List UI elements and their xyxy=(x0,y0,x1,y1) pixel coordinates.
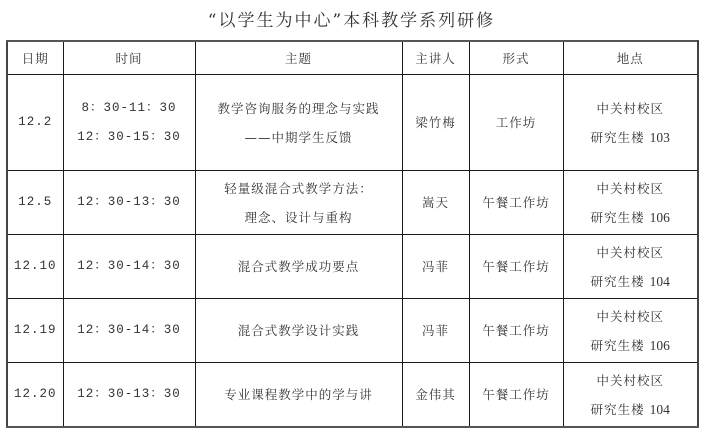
venue-campus: 中关村校区 xyxy=(564,94,698,123)
header-topic: 主题 xyxy=(195,41,402,75)
venue-room: 研究生楼 106 xyxy=(564,203,698,232)
topic-line: 轻量级混合式教学方法： xyxy=(196,174,402,203)
venue-room-number: 103 xyxy=(650,130,670,145)
table-row: 12.2 8：30-11：30 12：30-15：30 教学咨询服务的理念与实践… xyxy=(7,75,698,171)
time-slot: 12：30-14：30 xyxy=(64,316,195,345)
cell-format: 午餐工作坊 xyxy=(469,363,563,428)
time-slot: 8：30-11：30 xyxy=(64,94,195,123)
table-row: 12.20 12：30-13：30 专业课程教学中的学与讲 金伟其 午餐工作坊 … xyxy=(7,363,698,428)
cell-time: 12：30-14：30 xyxy=(63,235,195,299)
cell-format: 午餐工作坊 xyxy=(469,299,563,363)
cell-speaker: 嵩天 xyxy=(402,171,469,235)
venue-room: 研究生楼 103 xyxy=(564,123,698,152)
time-slot: 12：30-13：30 xyxy=(64,380,195,409)
cell-topic: 教学咨询服务的理念与实践 ——中期学生反馈 xyxy=(195,75,402,171)
cell-venue: 中关村校区 研究生楼 104 xyxy=(563,363,698,428)
venue-room-number: 104 xyxy=(650,402,670,417)
cell-speaker: 冯菲 xyxy=(402,235,469,299)
cell-date: 12.20 xyxy=(7,363,63,428)
cell-venue: 中关村校区 研究生楼 103 xyxy=(563,75,698,171)
venue-building: 研究生楼 xyxy=(591,210,645,225)
header-time: 时间 xyxy=(63,41,195,75)
venue-building: 研究生楼 xyxy=(591,402,645,417)
header-date: 日期 xyxy=(7,41,63,75)
time-slot: 12：30-15：30 xyxy=(64,123,195,152)
header-format: 形式 xyxy=(469,41,563,75)
topic-line: 教学咨询服务的理念与实践 xyxy=(196,94,402,123)
topic-line: 混合式教学设计实践 xyxy=(196,316,402,345)
cell-topic: 专业课程教学中的学与讲 xyxy=(195,363,402,428)
venue-campus: 中关村校区 xyxy=(564,174,698,203)
cell-time: 12：30-13：30 xyxy=(63,171,195,235)
cell-time: 12：30-14：30 xyxy=(63,299,195,363)
venue-room-number: 106 xyxy=(650,210,670,225)
cell-date: 12.5 xyxy=(7,171,63,235)
venue-room: 研究生楼 104 xyxy=(564,395,698,424)
venue-room-number: 104 xyxy=(650,274,670,289)
topic-line: 混合式教学成功要点 xyxy=(196,252,402,281)
venue-campus: 中关村校区 xyxy=(564,366,698,395)
topic-line: 理念、设计与重构 xyxy=(196,203,402,232)
topic-line: ——中期学生反馈 xyxy=(196,123,402,152)
cell-format: 工作坊 xyxy=(469,75,563,171)
venue-building: 研究生楼 xyxy=(591,130,645,145)
cell-speaker: 冯菲 xyxy=(402,299,469,363)
schedule-table: 日期 时间 主题 主讲人 形式 地点 12.2 8：30-11：30 12：30… xyxy=(6,40,699,428)
venue-room-number: 106 xyxy=(650,338,670,353)
cell-topic: 轻量级混合式教学方法： 理念、设计与重构 xyxy=(195,171,402,235)
cell-time: 8：30-11：30 12：30-15：30 xyxy=(63,75,195,171)
header-speaker: 主讲人 xyxy=(402,41,469,75)
venue-room: 研究生楼 106 xyxy=(564,331,698,360)
time-slot: 12：30-14：30 xyxy=(64,252,195,281)
table-row: 12.19 12：30-14：30 混合式教学设计实践 冯菲 午餐工作坊 中关村… xyxy=(7,299,698,363)
cell-topic: 混合式教学成功要点 xyxy=(195,235,402,299)
time-slot: 12：30-13：30 xyxy=(64,188,195,217)
cell-speaker: 金伟其 xyxy=(402,363,469,428)
cell-date: 12.2 xyxy=(7,75,63,171)
cell-venue: 中关村校区 研究生楼 106 xyxy=(563,171,698,235)
cell-date: 12.19 xyxy=(7,299,63,363)
venue-campus: 中关村校区 xyxy=(564,302,698,331)
cell-time: 12：30-13：30 xyxy=(63,363,195,428)
cell-venue: 中关村校区 研究生楼 106 xyxy=(563,299,698,363)
venue-building: 研究生楼 xyxy=(591,274,645,289)
table-header-row: 日期 时间 主题 主讲人 形式 地点 xyxy=(7,41,698,75)
cell-venue: 中关村校区 研究生楼 104 xyxy=(563,235,698,299)
document-title: “以学生为中心”本科教学系列研修 xyxy=(0,6,703,31)
table-row: 12.5 12：30-13：30 轻量级混合式教学方法： 理念、设计与重构 嵩天… xyxy=(7,171,698,235)
venue-campus: 中关村校区 xyxy=(564,238,698,267)
cell-date: 12.10 xyxy=(7,235,63,299)
cell-format: 午餐工作坊 xyxy=(469,171,563,235)
header-venue: 地点 xyxy=(563,41,698,75)
venue-building: 研究生楼 xyxy=(591,338,645,353)
cell-format: 午餐工作坊 xyxy=(469,235,563,299)
table-row: 12.10 12：30-14：30 混合式教学成功要点 冯菲 午餐工作坊 中关村… xyxy=(7,235,698,299)
topic-line: 专业课程教学中的学与讲 xyxy=(196,380,402,409)
venue-room: 研究生楼 104 xyxy=(564,267,698,296)
cell-speaker: 梁竹梅 xyxy=(402,75,469,171)
cell-topic: 混合式教学设计实践 xyxy=(195,299,402,363)
